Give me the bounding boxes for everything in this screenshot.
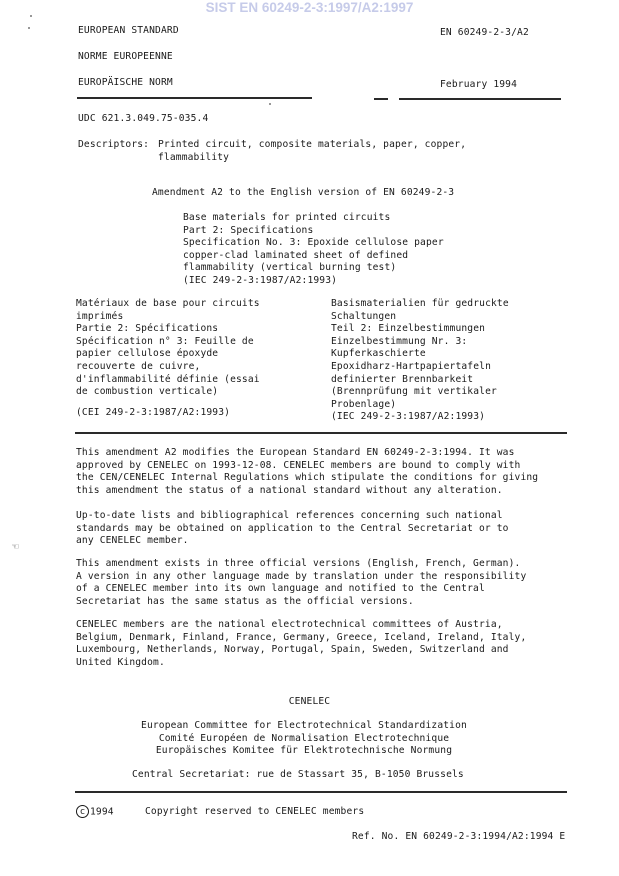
english-title-line: Specification No. 3: Epoxide cellulose p…: [183, 237, 444, 250]
paragraph-line: approved by CENELEC on 1993-12-08. CENEL…: [76, 460, 538, 473]
german-title-line: (IEC 249-2-3:1987/A2:1993): [331, 411, 509, 424]
descriptors-line: Printed circuit, composite materials, pa…: [158, 139, 466, 152]
header-rule-dash: [374, 98, 388, 100]
german-title-line: Einzelbestimmung Nr. 3:: [331, 336, 509, 349]
german-title-line: Schaltungen: [331, 311, 509, 324]
french-title-line: papier cellulose époxyde: [76, 348, 260, 361]
paragraph-line: of a CENELEC member into its own languag…: [76, 583, 526, 596]
scan-speck: [28, 27, 30, 29]
paragraph-line: A version in any other language made by …: [76, 571, 526, 584]
german-title-line: Probenlage): [331, 399, 509, 412]
copyright-icon: c: [76, 805, 89, 818]
paragraph-up-to-date-lists: Up-to-date lists and bibliographical ref…: [76, 510, 509, 548]
paragraph-amendment-approval: This amendment A2 modifies the European …: [76, 447, 538, 497]
french-title: Matériaux de base pour circuits imprimés…: [76, 298, 260, 399]
english-title: Base materials for printed circuits Part…: [183, 212, 444, 288]
watermark: SIST EN 60249-2-3:1997/A2:1997: [0, 0, 619, 16]
english-title-line: copper-clad laminated sheet of defined: [183, 250, 444, 263]
copyright-notice: c1994: [76, 805, 114, 819]
copyright-text: Copyright reserved to CENELEC members: [145, 806, 364, 818]
udc-code: UDC 621.3.049.75-035.4: [78, 113, 208, 125]
header-rule-right: [399, 98, 561, 100]
paragraph-line: This amendment exists in three official …: [76, 558, 526, 571]
paragraph-line: the CEN/CENELEC Internal Regulations whi…: [76, 472, 538, 485]
paragraph-line: Luxembourg, Netherlands, Norway, Portuga…: [76, 644, 526, 657]
german-title-line: Kupferkaschierte: [331, 348, 509, 361]
english-title-line: Base materials for printed circuits: [183, 212, 444, 225]
header-rule-left: [77, 97, 312, 99]
paragraph-line: this amendment the status of a national …: [76, 485, 538, 498]
amendment-title: Amendment A2 to the English version of E…: [152, 187, 454, 199]
german-title-line: Basismaterialien für gedruckte: [331, 298, 509, 311]
german-title-line: definierter Brennbarkeit: [331, 374, 509, 387]
descriptors-label: Descriptors:: [78, 139, 149, 151]
committee-line-en: European Committee for Electrotechnical …: [104, 720, 504, 733]
paragraph-line: Secretariat has the same status as the o…: [76, 596, 526, 609]
scan-speck: [269, 103, 271, 105]
paragraph-official-versions: This amendment exists in three official …: [76, 558, 526, 608]
french-title-line: Spécification n° 3: Feuille de: [76, 336, 260, 349]
scan-speck: [30, 15, 32, 17]
french-title-line: imprimés: [76, 311, 260, 324]
standard-number: EN 60249-2-3/A2: [440, 27, 529, 39]
footer-rule: [75, 791, 567, 793]
central-secretariat-address: Central Secretariat: rue de Stassart 35,…: [132, 769, 464, 781]
publication-date: February 1994: [440, 79, 517, 91]
paragraph-line: Belgium, Denmark, Finland, France, Germa…: [76, 632, 526, 645]
paragraph-line: Up-to-date lists and bibliographical ref…: [76, 510, 509, 523]
committee-line-fr: Comité Européen de Normalisation Electro…: [104, 733, 504, 746]
committee-line-de: Europäisches Komitee für Elektrotechnisc…: [104, 745, 504, 758]
french-title-line: Matériaux de base pour circuits: [76, 298, 260, 311]
paragraph-line: United Kingdom.: [76, 657, 526, 670]
english-title-line: (IEC 249-2-3:1987/A2:1993): [183, 275, 444, 288]
header-europaische-norm: EUROPÄISCHE NORM: [78, 77, 173, 89]
paragraph-line: standards may be obtained on application…: [76, 523, 509, 536]
german-title-line: (Brennprüfung mit vertikaler: [331, 386, 509, 399]
paragraph-line: This amendment A2 modifies the European …: [76, 447, 538, 460]
descriptors-line: flammability: [158, 152, 466, 165]
french-title-line: de combustion verticale): [76, 386, 260, 399]
descriptors-values: Printed circuit, composite materials, pa…: [158, 139, 466, 164]
cenelec-name: CENELEC: [0, 696, 619, 708]
french-reference: (CEI 249-2-3:1987/A2:1993): [76, 407, 230, 419]
paragraph-line: CENELEC members are the national electro…: [76, 619, 526, 632]
reference-number: Ref. No. EN 60249-2-3:1994/A2:1994 E: [352, 831, 565, 843]
paragraph-cenelec-members: CENELEC members are the national electro…: [76, 619, 526, 669]
english-title-line: flammability (vertical burning test): [183, 262, 444, 275]
header-european-standard: EUROPEAN STANDARD: [78, 25, 179, 37]
french-title-line: d'inflammabilité définie (essai: [76, 374, 260, 387]
german-title-line: Teil 2: Einzelbestimmungen: [331, 323, 509, 336]
paragraph-line: any CENELEC member.: [76, 535, 509, 548]
header-norme-europeenne: NORME EUROPEENNE: [78, 51, 173, 63]
pen-mark-icon: ☜: [12, 541, 19, 553]
cenelec-committee: European Committee for Electrotechnical …: [104, 720, 504, 758]
english-title-line: Part 2: Specifications: [183, 225, 444, 238]
french-title-line: Partie 2: Spécifications: [76, 323, 260, 336]
titles-rule: [75, 432, 567, 434]
french-title-line: recouverte de cuivre,: [76, 361, 260, 374]
german-title-line: Epoxidharz-Hartpapiertafeln: [331, 361, 509, 374]
german-title: Basismaterialien für gedruckte Schaltung…: [331, 298, 509, 424]
copyright-year: 1994: [90, 807, 114, 818]
